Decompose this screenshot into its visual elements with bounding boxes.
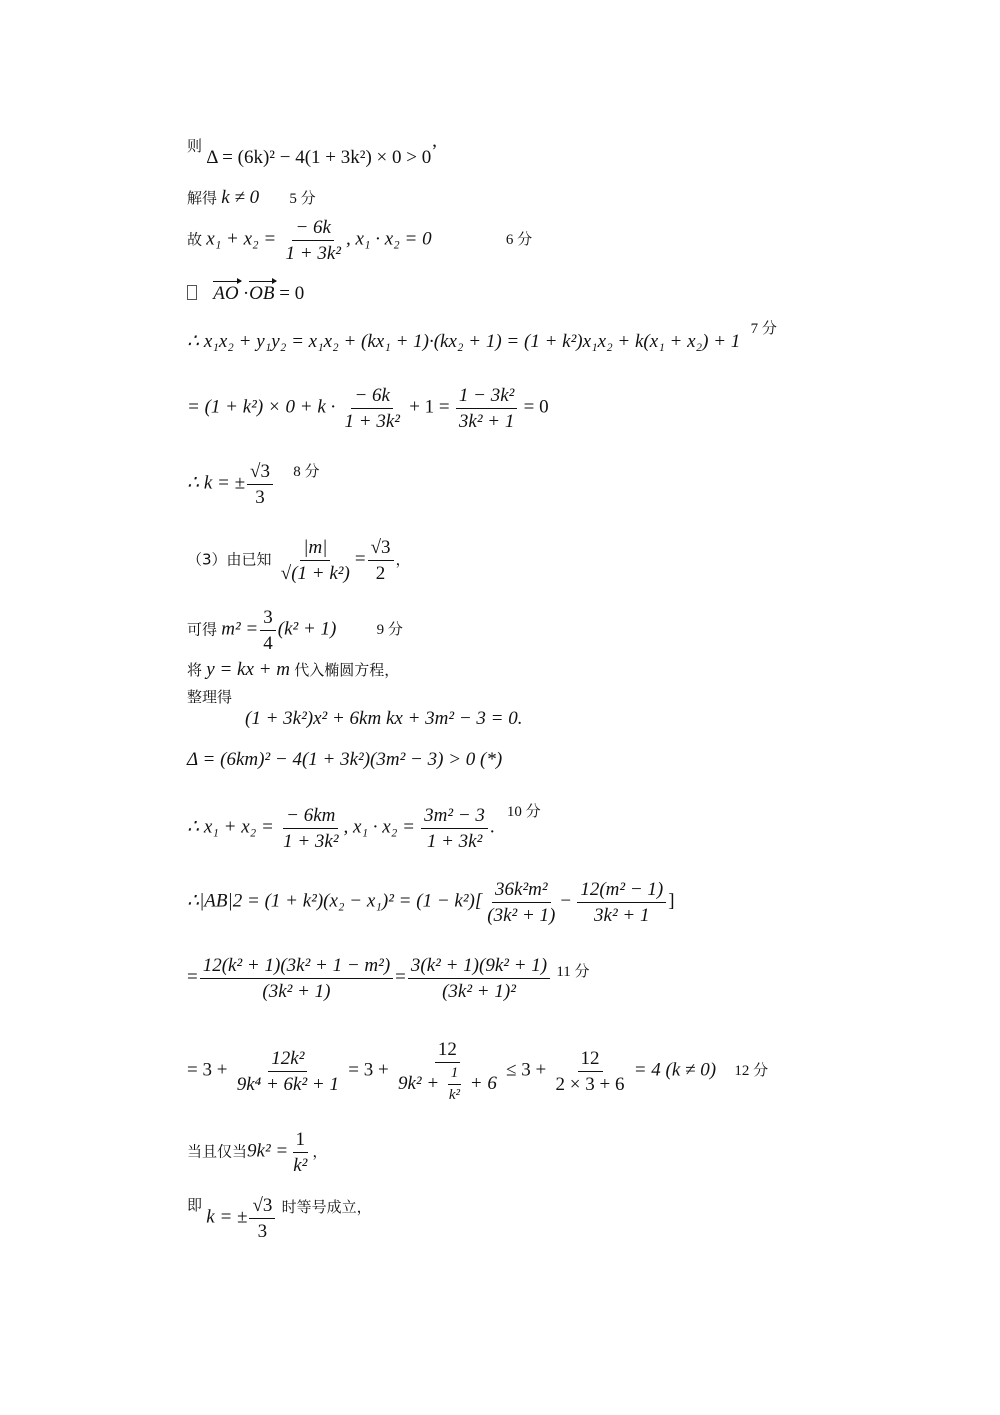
denominator: 3 [252, 485, 268, 507]
product-expr: , x₁ · x₂ = 0 [346, 228, 432, 249]
numerator: |m| [300, 538, 330, 561]
score-mark: 7 分 [751, 321, 777, 337]
m-squared-line: 可得 m² =34(k² + 1) 9 分 [187, 608, 403, 653]
denominator: 1 + 3k² [280, 829, 341, 851]
part-label: （3）由已知 [187, 550, 272, 568]
delta-condition-line: 则 Δ = (6k)² − 4(1 + 3k²) × 0 > 0’ [187, 136, 438, 155]
solve-k-line: 解得 k ≠ 0 5 分 [187, 188, 316, 207]
discriminant-expression: Δ = (6km)² − 4(1 + 3k²)(3m² − 3) > 0 (*) [187, 749, 502, 770]
inequality-line: = 3 + 12k²9k⁴ + 6k² + 1 = 3 + 129k² + 1k… [187, 1040, 768, 1103]
denominator: 4 [260, 631, 276, 653]
expr-part: (k² + 1) [278, 618, 337, 639]
delta-expression: Δ = (6k)² − 4(1 + 3k²) × 0 > 0 [206, 147, 431, 168]
expr-part: ∴ x₁ + x₂ = [187, 816, 274, 837]
score-mark: 9 分 [377, 622, 403, 638]
numerator: √3 [247, 462, 273, 485]
nested-fraction: 1k² [446, 1066, 463, 1103]
den-part: 9k² + [398, 1073, 439, 1094]
fraction: √33 [249, 1196, 275, 1241]
numerator: 36k²m² [492, 880, 551, 903]
k-value-line: ∴ k = ±√33 8 分 [187, 462, 319, 507]
punctuation: ， [396, 550, 411, 568]
fraction: |m|√(1 + k²) [278, 538, 353, 583]
den-part: + 6 [470, 1073, 497, 1094]
numerator: − 6k [292, 218, 334, 241]
denominator: 1 + 3k² [424, 829, 485, 851]
fraction: 1 − 3k²3k² + 1 [456, 386, 517, 431]
fraction: 34 [260, 608, 276, 653]
expr-part: = 4 (k ≠ 0) [634, 1059, 716, 1080]
numerator: − 6km [283, 806, 338, 829]
fraction: 36k²m²(3k² + 1) [484, 880, 558, 925]
trailing-mark: ’ [431, 141, 437, 162]
equals: = [355, 548, 366, 569]
numerator: 12(m² − 1) [577, 880, 666, 903]
vector-ao: AO [213, 284, 238, 303]
score-mark: 5 分 [289, 191, 315, 207]
numerator: 3 [260, 608, 276, 631]
label-text: 当且仅当 [187, 1142, 247, 1160]
quadratic-equation: (1 + 3k²)x² + 6km kx + 3m² − 3 = 0. [245, 709, 522, 728]
expr-part: = (1 + k²) × 0 + k · [187, 396, 335, 417]
equals: = [187, 966, 198, 987]
k-nonzero: k ≠ 0 [221, 187, 259, 208]
denominator: k² [290, 1153, 310, 1175]
denominator: 1 + 3k² [283, 241, 344, 263]
expr-part: ≤ 3 + [506, 1059, 546, 1080]
fraction: 122 × 3 + 6 [553, 1049, 628, 1094]
label-ji: 即 [187, 1196, 202, 1214]
punctuation: ， [312, 1142, 327, 1160]
label-jiang: 将 [187, 661, 202, 679]
part3-given-line: （3）由已知 |m|√(1 + k²)=√32， [187, 538, 411, 583]
expr-part: k = ± [206, 1206, 247, 1227]
numerator: √3 [368, 538, 394, 561]
substitution-line: = (1 + k²) × 0 + k · − 6k1 + 3k² + 1 = 1… [187, 386, 549, 431]
label-gu: 故 [187, 230, 202, 248]
numerator: − 6k [351, 386, 393, 409]
expansion-line: ∴ x₁x₂ + y₁y₂ = x₁x₂ + (kx₁ + 1)·(kx₂ + … [187, 332, 777, 351]
numerator: 1 − 3k² [456, 386, 517, 409]
score-mark: 8 分 [293, 464, 319, 480]
expr-part: 9k² = [247, 1140, 288, 1161]
score-mark: 10 分 [507, 804, 541, 820]
ab-length-line: ∴|AB|2 = (1 + k²)(x₂ − x₁)² = (1 − k²)[3… [187, 880, 675, 925]
expr-part: = 3 + [348, 1059, 388, 1080]
sum-lhs: x₁ + x₂ = [206, 228, 276, 249]
expr-part: , x₁ · x₂ = [344, 816, 415, 837]
line-equation: y = kx + m [206, 659, 290, 680]
denominator: 9k² + 1k² + 6 [395, 1063, 500, 1103]
expr-part: = 3 + [187, 1059, 227, 1080]
equality-condition-line: 当且仅当9k² =1k²， [187, 1130, 327, 1175]
numerator: 3(k² + 1)(9k² + 1) [408, 956, 550, 979]
simplify-line: =12(k² + 1)(3k² + 1 − m²)(3k² + 1)=3(k² … [187, 956, 590, 1001]
denominator: 2 × 3 + 6 [553, 1072, 628, 1094]
fraction: − 6k1 + 3k² [342, 386, 403, 431]
score-mark: 6 分 [506, 232, 532, 248]
numerator: 12k² [268, 1049, 307, 1072]
denominator: 3k² + 1 [591, 903, 652, 925]
numerator: 1 [293, 1130, 309, 1153]
expr-part: = 0 [524, 396, 549, 417]
numerator: 12(k² + 1)(3k² + 1 − m²) [200, 956, 393, 979]
expr-part: ∴|AB|2 = (1 + k²)(x₂ − x₁)² = (1 − k²)[ [187, 890, 482, 911]
denominator: 9k⁴ + 6k² + 1 [234, 1072, 342, 1094]
vieta-km-line: ∴ x₁ + x₂ = − 6km1 + 3k², x₁ · x₂ = 3m² … [187, 806, 541, 851]
fraction: 3(k² + 1)(9k² + 1)(3k² + 1)² [408, 956, 550, 1001]
score-mark: 12 分 [734, 1063, 768, 1079]
period: . [490, 816, 495, 837]
numerator: 1 [448, 1066, 462, 1085]
denominator: 1 + 3k² [342, 409, 403, 431]
substitute-line: 将 y = kx + m 代入椭圆方程， [187, 660, 399, 679]
score-mark: 11 分 [556, 964, 589, 980]
conclusion-line: 即 k = ±√33 时等号成立， [187, 1196, 372, 1241]
sum-fraction: − 6k1 + 3k² [283, 218, 344, 263]
denominator: (3k² + 1) [259, 979, 333, 1001]
vector-ob: OB [249, 284, 274, 303]
fraction: 12k²9k⁴ + 6k² + 1 [234, 1049, 342, 1094]
vieta-line: 故 x₁ + x₂ = − 6k1 + 3k², x₁ · x₂ = 0 6 分 [187, 218, 532, 263]
numerator: 12 [578, 1049, 603, 1072]
fraction: − 6km1 + 3k² [280, 806, 341, 851]
quadratic-line: 整理得 (1 + 3k²)x² + 6km kx + 3m² − 3 = 0. [187, 688, 522, 728]
label-ze: 则 [187, 137, 202, 155]
denominator: (3k² + 1) [484, 903, 558, 925]
fraction: √33 [247, 462, 273, 507]
missing-glyph-icon [187, 285, 197, 300]
expr-part: + 1 = [409, 396, 449, 417]
fraction: 12(k² + 1)(3k² + 1 − m²)(3k² + 1) [200, 956, 393, 1001]
fraction: √32 [368, 538, 394, 583]
denominator: 3 [255, 1219, 271, 1241]
expr-part: ∴ k = ± [187, 472, 245, 493]
dot-product-line: AO ·OB = 0 [187, 284, 304, 303]
label-text: 时等号成立， [282, 1198, 372, 1216]
expansion-expression: ∴ x₁x₂ + y₁y₂ = x₁x₂ + (kx₁ + 1)·(kx₂ + … [187, 331, 740, 352]
denominator: √(1 + k²) [278, 561, 353, 583]
fraction: 129k² + 1k² + 6 [395, 1040, 500, 1103]
label-jiede: 解得 [187, 189, 217, 207]
bracket-close: ] [668, 890, 674, 911]
denominator: 3k² + 1 [456, 409, 517, 431]
equals: = [395, 966, 406, 987]
fraction: 1k² [290, 1130, 310, 1175]
minus: − [560, 890, 571, 911]
fraction: 3m² − 31 + 3k² [421, 806, 488, 851]
denominator: 2 [373, 561, 389, 583]
numerator: √3 [249, 1196, 275, 1219]
denominator: (3k² + 1)² [439, 979, 519, 1001]
denominator: k² [446, 1085, 463, 1103]
discriminant-line: Δ = (6km)² − 4(1 + 3k²)(3m² − 3) > 0 (*) [187, 750, 502, 769]
equals-zero: = 0 [274, 283, 304, 304]
numerator: 12 [435, 1040, 460, 1063]
fraction: 12(m² − 1)3k² + 1 [577, 880, 666, 925]
expr-part: m² = [221, 618, 258, 639]
label-text: 代入椭圆方程， [294, 661, 399, 679]
numerator: 3m² − 3 [421, 806, 488, 829]
label-zhenglide: 整理得 [187, 688, 232, 706]
label-kede: 可得 [187, 620, 217, 638]
